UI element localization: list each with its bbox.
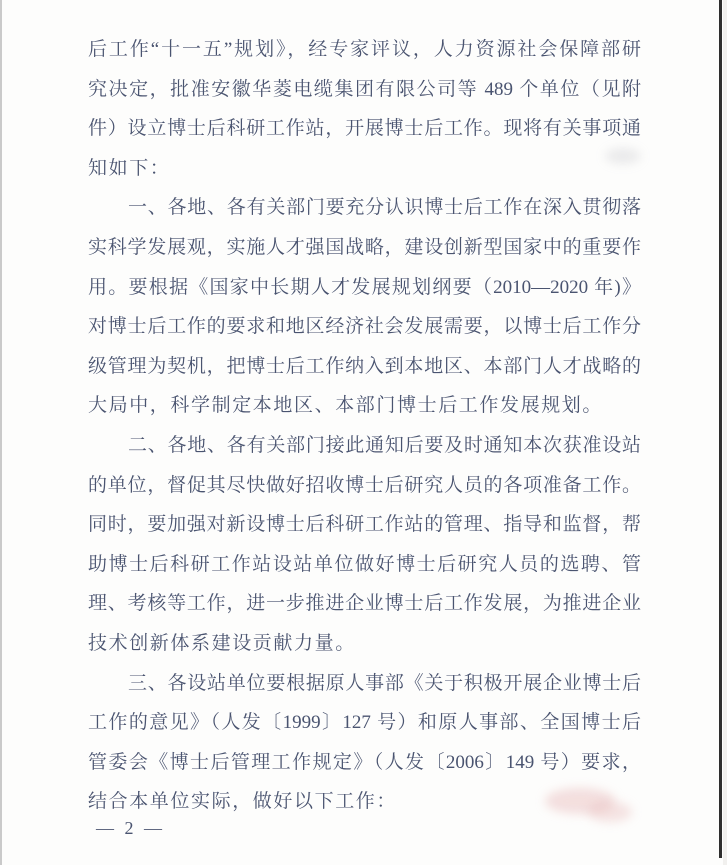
text-line: 级管理为契机，把博士后工作纳入到本地区、本部门人才战略的 xyxy=(88,347,641,387)
text-line: 知如下： xyxy=(88,149,641,189)
page-number: — 2 — xyxy=(96,818,165,839)
text-line: 实科学发展观，实施人才强国战略，建设创新型国家中的重要作 xyxy=(88,228,641,268)
document-body: 后工作“十一五”规划》，经专家评议，人力资源社会保障部研究决定，批准安徽华菱电缆… xyxy=(88,30,641,822)
text-line: 工作的意见》（人发〔1999〕127 号）和原人事部、全国博士后 xyxy=(88,703,641,743)
text-line: 一、各地、各有关部门要充分认识博士后工作在深入贯彻落 xyxy=(88,188,641,228)
scan-smudge xyxy=(605,148,641,164)
text-line: 大局中，科学制定本地区、本部门博士后工作发展规划。 xyxy=(88,386,641,426)
right-scan-margin xyxy=(723,0,727,865)
text-line: 究决定，批准安徽华菱电缆集团有限公司等 489 个单位（见附 xyxy=(88,70,641,110)
text-line: 后工作“十一五”规划》，经专家评议，人力资源社会保障部研 xyxy=(88,30,641,70)
text-line: 管委会《博士后管理工作规定》（人发〔2006〕149 号）要求， xyxy=(88,743,641,783)
text-line: 理、考核等工作，进一步推进企业博士后工作发展，为推进企业 xyxy=(88,584,641,624)
text-line: 二、各地、各有关部门接此通知后要及时通知本次获准设站 xyxy=(88,426,641,466)
text-line: 对博士后工作的要求和地区经济社会发展需要，以博士后工作分 xyxy=(88,307,641,347)
text-line: 同时，要加强对新设博士后科研工作站的管理、指导和监督，帮 xyxy=(88,505,641,545)
text-line: 三、各设站单位要根据原人事部《关于积极开展企业博士后 xyxy=(88,664,641,704)
text-line: 件）设立博士后科研工作站，开展博士后工作。现将有关事项通 xyxy=(88,109,641,149)
text-line: 的单位，督促其尽快做好招收博士后研究人员的各项准备工作。 xyxy=(88,466,641,506)
scan-smudge xyxy=(588,802,632,822)
right-scan-edge xyxy=(719,0,722,858)
text-line: 助博士后科研工作站设站单位做好博士后研究人员的选聘、管 xyxy=(88,545,641,585)
left-scan-edge xyxy=(0,0,2,865)
scanned-document-page: 后工作“十一五”规划》，经专家评议，人力资源社会保障部研究决定，批准安徽华菱电缆… xyxy=(0,0,727,865)
text-line: 用。要根据《国家中长期人才发展规划纲要（2010—2020 年)》 xyxy=(88,268,641,308)
text-line: 技术创新体系建设贡献力量。 xyxy=(88,624,641,664)
